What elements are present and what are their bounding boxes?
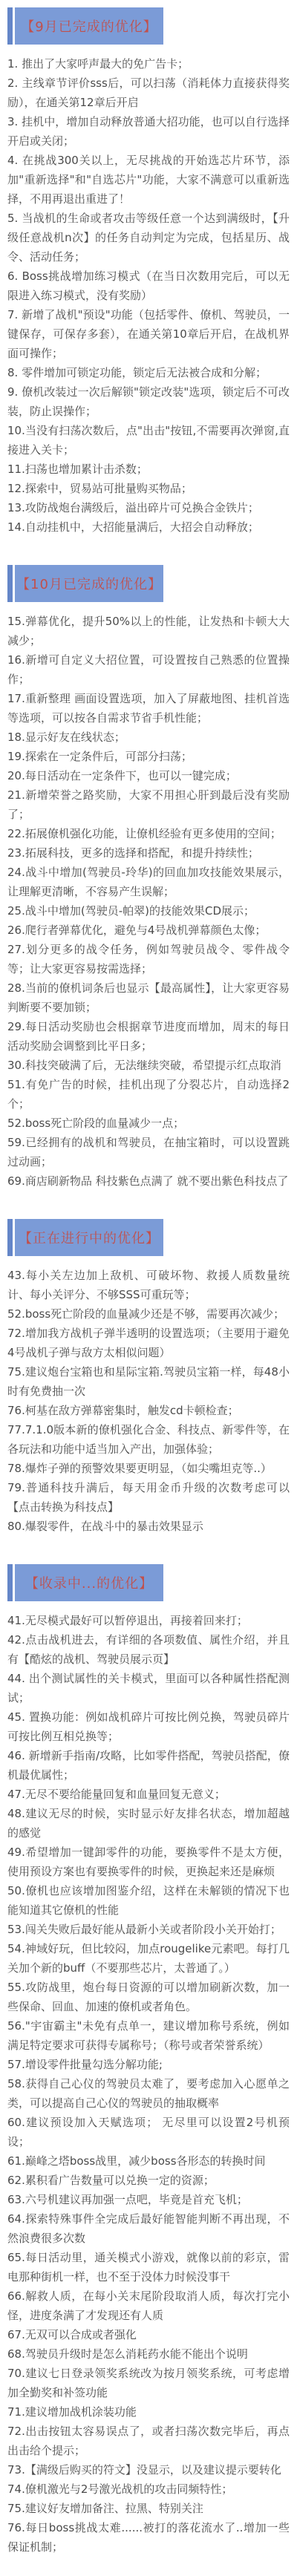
list-item: 22.拓展僚机强化功能，让僚机经验有更多使用的空间； [7, 824, 290, 843]
list-item: 61.巅峰之塔boss战里，减少boss各形态的转换时间 [7, 2151, 290, 2171]
list-item: 43.每小关左边加上敌机、可破坏物、救援人质数量统计、每小关评分、不够SSS可重… [7, 1266, 290, 1304]
changelog-page: 【9月已完成的优化】 1. 推出了大家呼声最大的免广告卡；2. 主线章节评价ss… [0, 0, 297, 2576]
list-item: 79.普通科技升满后，每天用金币升级的次数考虑可以【点击转换为科技点】 [7, 1478, 290, 1517]
list-item: 24.战斗中增加(驾驶员-玲华)的回血加攻技能效果展示，让理解更清晰，不容易产生… [7, 863, 290, 901]
section-title: 【正在进行中的优化】 [19, 1228, 160, 1247]
item-list: 1. 推出了大家呼声最大的免广告卡；2. 主线章节评价sss后，可以扫荡（消耗体… [7, 54, 290, 537]
list-item: 80.爆裂零件，在战斗中的暴击效果显示 [7, 1517, 290, 1536]
list-item: 14.自动挂机中，大招能量满后，大招会自动释放； [7, 517, 290, 537]
item-list: 43.每小关左边加上敌机、可破坏物、救援人质数量统计、每小关评分、不够SSS可重… [7, 1266, 290, 1536]
list-item: 75.建议炮台宝箱也和星际宝箱.驾驶员宝箱一样，每48小时有免费抽一次 [7, 1362, 290, 1401]
section-header: 【正在进行中的优化】 [7, 1219, 290, 1256]
list-item: 54.神域好玩，但比较闷，加点rougelike元素吧。每打几关加个新的buff… [7, 1939, 290, 1978]
list-item: 55.攻防战里，炮台每日资源的可以增加刷新次数，加一些保命、回血、加速的僚机或者… [7, 1978, 290, 2016]
list-item: 62.累积看广告数量可以兑换一定的资源； [7, 2171, 290, 2190]
list-item: 77.7.1.0版本新的僚机强化合金、科技点、新零件等，在各玩法和功能中适当加入… [7, 1420, 290, 1459]
list-item: 52.boss死亡阶段的血量减少还是不够，需要再次减少； [7, 1304, 290, 1324]
list-item: 10.当没有扫荡次数后，点"出击"按钮,不需要再次弹窗,直接进入关卡； [7, 421, 290, 460]
list-item: 27.划分更多的战令任务，例如驾驶员战令、零件战令等；让大家更容易按需选择； [7, 940, 290, 978]
list-item: 65.每日活动里，通关模式小游戏，就像以前的彩京，雷电那种街机一样，也不至于没体… [7, 2248, 290, 2286]
list-item: 48.建议无尽的时候，实时显示好友排名状态，增加超越的感觉 [7, 1804, 290, 1843]
list-item: 49.希望增加一键卸零件的功能，要换零件不是太方便，使用预设方案也有要换零件的时… [7, 1843, 290, 1881]
list-item: 68.驾驶员升级时是怎么消耗药水能不能出个说明 [7, 2344, 290, 2364]
list-item: 20.每日活动在一定条件下，也可以一键完成； [7, 766, 290, 785]
list-item: 63.六号机建议再加强一点吧，毕竟是首充飞机； [7, 2190, 290, 2209]
section-title: 【9月已完成的优化】 [21, 16, 157, 36]
list-item: 11.扫荡也增加累计击杀数； [7, 460, 290, 479]
section-title: 【收录中...的优化】 [25, 1573, 153, 1592]
list-item: 76.每日boss挑战太难......被打的落花流水了..增加一些保证机制； [7, 2518, 290, 2557]
list-item: 78.爆炸子弹的预警效果要更明显，（如尖嘴坦克等..） [7, 1459, 290, 1478]
list-item: 17.重新整理 画面设置选项，加入了屏蔽地图、挂机首选等选项，可以按各自需求节省… [7, 689, 290, 728]
list-item: 74.僚机激光与2号激光战机的攻击同频特性； [7, 2479, 290, 2499]
list-item: 76.柯基在敌方弹幕密集时，触发cd卡顿检查； [7, 1401, 290, 1420]
list-item: 67.无双可以合成或者强化 [7, 2325, 290, 2344]
list-item: 50.僚机也应该增加图鉴介绍，这样在未解锁的情况下也能知道其它僚机的性能 [7, 1881, 290, 1920]
list-item: 57.增设零件批量勾选分解功能; [7, 2055, 290, 2074]
section-title-box: 【9月已完成的优化】 [15, 7, 163, 45]
list-item: 4. 在挑战300关以上，无尽挑战的开始选芯片环节，添加"重新选择"和"自选芯片… [7, 151, 290, 209]
section-header: 【9月已完成的优化】 [7, 7, 290, 45]
accent-bar [7, 1219, 13, 1256]
list-item: 47.无尽不要给能量回复和血量回复无意义； [7, 1785, 290, 1804]
list-item: 12.探索中，贸易站可批量购买物品； [7, 479, 290, 498]
list-item: 28.当前的僚机词条后也显示【最高属性】，让大家更容易判断要不要加锁； [7, 978, 290, 1017]
list-item: 75.建议好友增加备注、拉黑、特别关注 [7, 2499, 290, 2518]
list-item: 16.新增可自定义大招位置，可设置按自己熟悉的位置操作； [7, 650, 290, 689]
list-item: 70.建议七日登录领奖系统改为按月领奖系统，可考虑增加全勤奖和补签功能 [7, 2364, 290, 2402]
list-item: 15.弹幕优化，提升50%以上的性能，让发热和卡顿大大减少； [7, 612, 290, 650]
list-item: 30.科技突破满了后，无法继续突破，希望提示红点取消 [7, 1056, 290, 1075]
list-item: 51.有免广告的时候，挂机出现了分裂芯片，自动选择2个； [7, 1075, 290, 1114]
list-item: 42.点击战机进去，有详细的各项数值、属性介绍，并且有【酷炫的战机、驾驶员展示页… [7, 1630, 290, 1669]
section-title-box: 【收录中...的优化】 [15, 1564, 163, 1601]
accent-bar [7, 1564, 13, 1601]
list-item: 46. 新增新手指南/攻略，比如零件搭配，驾驶员搭配，僚机最优属性； [7, 1746, 290, 1785]
accent-bar [7, 565, 13, 602]
section-title: 【10月已完成的优化】 [16, 574, 162, 593]
list-item: 66.解救人质，在每小关末尾阶段取消人质，每次打完小怪，进度条满了才发现还有人质 [7, 2286, 290, 2325]
section-in-progress: 【正在进行中的优化】 43.每小关左边加上敌机、可破坏物、救援人质数量统计、每小… [7, 1219, 290, 1536]
list-item: 41.无尽模式最好可以暂停退出，再接着回来打； [7, 1611, 290, 1630]
list-item: 71.建议增加战机涂装功能 [7, 2402, 290, 2422]
list-item: 23.拓展科技，更多的选择和搭配，和提升持续性； [7, 843, 290, 863]
section-september-done: 【9月已完成的优化】 1. 推出了大家呼声最大的免广告卡；2. 主线章节评价ss… [7, 7, 290, 537]
list-item: 19.探索在一定条件后，可部分扫荡； [7, 747, 290, 766]
list-item: 69.商店刷新物品 科技紫色点满了 就不要出紫色科技点了 [7, 1171, 290, 1191]
list-item: 45. 置换功能：例如战机碎片可按比例兑换，驾驶员碎片可按比例互相兑换等； [7, 1707, 290, 1746]
list-item: 59.已经拥有的战机和驾驶员，在抽宝箱时，可以设置跳过动画； [7, 1133, 290, 1171]
section-title-box: 【10月已完成的优化】 [15, 565, 163, 602]
section-october-done: 【10月已完成的优化】 15.弹幕优化，提升50%以上的性能，让发热和卡顿大大减… [7, 565, 290, 1191]
list-item: 53.闯关失败后最好能从最新小关或者阶段小关开始打； [7, 1920, 290, 1939]
list-item: 25.战斗中增加(驾驶员-帕翠)的技能效果CD展示； [7, 901, 290, 921]
list-item: 6. Boss挑战增加练习模式（在当日次数用完后，可以无限进入练习模式，没有奖励… [7, 267, 290, 305]
list-item: 52.boss死亡阶段的血量减少一点； [7, 1114, 290, 1133]
list-item: 26.爬行者弹幕优化，避免与4号战机弹幕颜色太像； [7, 921, 290, 940]
list-item: 9. 僚机改装过一次后解锁"锁定改装"选项，锁定后不可改装，防止误操作； [7, 382, 290, 421]
list-item: 2. 主线章节评价sss后，可以扫荡（消耗体力直接获得奖励），在通关第12章后开… [7, 73, 290, 112]
list-item: 3. 挂机中，增加自动释放普通大招功能，也可以自行选择开启或关闭； [7, 112, 290, 151]
section-title-box: 【正在进行中的优化】 [15, 1219, 163, 1256]
list-item: 64.探索特殊事件全完成后最好能智能判断不再出现，不然浪费很多次数 [7, 2209, 290, 2248]
list-item: 7. 新增了战机"预设"功能（包括零件、僚机、驾驶员，一键保存，可保存多套），在… [7, 305, 290, 363]
item-list: 15.弹幕优化，提升50%以上的性能，让发热和卡顿大大减少；16.新增可自定义大… [7, 612, 290, 1191]
list-item: 72.增加我方战机子弹半透明的设置选项；（主要用于避免4号战机子弹与敌方太相似问… [7, 1324, 290, 1362]
list-item: 1. 推出了大家呼声最大的免广告卡； [7, 54, 290, 73]
list-item: 44. 出个测试属性的关卡模式，里面可以各种属性搭配测试； [7, 1669, 290, 1707]
section-header: 【10月已完成的优化】 [7, 565, 290, 602]
list-item: 29.每日活动奖励也会根据章节进度而增加，周末的每日活动奖励会调整到比平日多； [7, 1017, 290, 1056]
list-item: 58.获得自己心仪的驾驶员太难了，要考虑加入心愿单之类，可以提高自己心仪的驾驶员… [7, 2074, 290, 2113]
item-list: 41.无尽模式最好可以暂停退出，再接着回来打；42.点击战机进去，有详细的各项数… [7, 1611, 290, 2557]
list-item: 56."宇宙霸主"未免有点单一，建议增加称号系统，例如满足特定要求可获得专属称号… [7, 2016, 290, 2055]
list-item: 5. 当战机的生命或者攻击等级任意一个达到满级时，【升级任意战机n次】的任务自动… [7, 209, 290, 267]
list-item: 13.攻防战炮台满级后，溢出碎片可兑换合金铁片； [7, 498, 290, 517]
section-header: 【收录中...的优化】 [7, 1564, 290, 1601]
list-item: 18.显示好友在线状态； [7, 728, 290, 747]
section-collecting: 【收录中...的优化】 41.无尽模式最好可以暂停退出，再接着回来打；42.点击… [7, 1564, 290, 2557]
list-item: 72.出击按钮太容易误点了，或者扫荡次数完毕后，再点出击给个提示； [7, 2422, 290, 2460]
list-item: 8. 零件增加可锁定功能，锁定后无法被合成和分解； [7, 363, 290, 382]
accent-bar [7, 7, 13, 45]
list-item: 60.建议预设加入天赋选项； 无尽里可以设置2号机预设； [7, 2113, 290, 2151]
list-item: 21.新增荣誉之路奖励，大家不用担心肝到最后没有奖励了； [7, 785, 290, 824]
list-item: 73.【满级后购买的符文】没显示，以及建议提示要转化 [7, 2460, 290, 2479]
